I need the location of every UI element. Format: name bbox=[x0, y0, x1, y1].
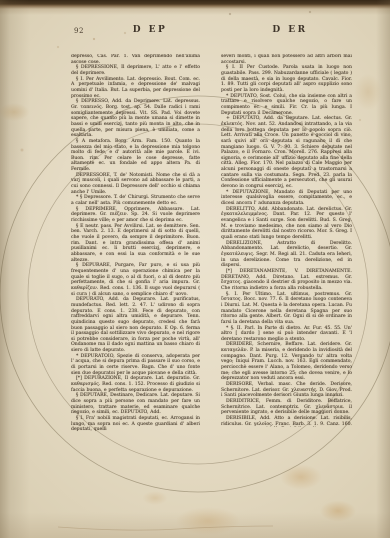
entry-paragraph: § I. Per Avvilimento. Lat. depressio. Bo… bbox=[71, 77, 200, 100]
entry-paragraph: * DEPUTATO, Sost. Colui, che sia insieme… bbox=[221, 94, 352, 117]
entry-paragraph: severi monti, i quali non potessero ad a… bbox=[221, 54, 352, 65]
entry-paragraph: DERISORE, Verbal. masc. Che deride. Deri… bbox=[221, 382, 352, 399]
entry-paragraph: [*] DEPURAZIONE, Il depurare. Lat. depur… bbox=[71, 376, 200, 393]
entry-paragraph: DERELIZIONE, Astratto di Derelitto. Abba… bbox=[221, 241, 352, 269]
entry-paragraph: * DEPUTAZIONE, Mandato di Deputati per u… bbox=[221, 190, 352, 207]
entry-paragraph: § I. Fra' nobili magistrati deputati, ec… bbox=[71, 416, 200, 433]
scanned-book-page: 92 D EP D ER depresso, Cas. Par. 1. Van … bbox=[0, 0, 390, 538]
entry-paragraph: § DEPRESSO, Add. da Deprimere. Lat. depr… bbox=[71, 99, 200, 139]
page-number: 92 bbox=[74, 27, 98, 35]
running-head-right: D ER bbox=[252, 25, 328, 35]
entry-paragraph: DERISIBILE, Add. Atto a derisione. Lat. … bbox=[221, 416, 352, 427]
entry-paragraph: §. I. Per Ultimo. Lat. ultimus, postremu… bbox=[221, 292, 352, 326]
entry-paragraph: § I. II Per Custode. Parola usata in luo… bbox=[221, 65, 352, 93]
entry-paragraph: § DEPRESSIONE, Il deprimere, L' atto e l… bbox=[71, 65, 200, 76]
entry-paragraph: depresso, Cas. Par. 1. Van deprimendo ne… bbox=[71, 54, 200, 65]
entry-paragraph: § DEPRIMERE, Opprimere, Abbassare. Lat. … bbox=[71, 207, 200, 224]
entry-paragraph: DEPRESSORE, T. de' Notomisti. Nome che s… bbox=[71, 173, 200, 196]
entry-paragraph: § DEPUTARE, Destinare, Dedicare. Lat. de… bbox=[71, 393, 200, 416]
entry-paragraph: DEPURATO, Add. da Depurare. Lat. purific… bbox=[71, 297, 200, 354]
text-column-right: severi monti, i quali non potessero ad a… bbox=[221, 54, 352, 427]
entry-paragraph: § A metafora. Borg. Arm. Fam. 150. Quant… bbox=[71, 139, 200, 173]
text-column-left: depresso, Cas. Par. 1. Van deprimendo ne… bbox=[71, 54, 200, 437]
entry-paragraph: § E neutr. pass. Per Avvilirsi. Lat. se … bbox=[71, 224, 200, 264]
entry-paragraph: DERIDITRICE, Femm. di Deriditore. Beffat… bbox=[221, 399, 352, 416]
running-head-left: D EP bbox=[112, 25, 188, 35]
entry-paragraph: [*] DERETANAMENTE, V. DIRETANAMENTE. DER… bbox=[221, 269, 352, 292]
entry-paragraph: * DEPURATOIO, Spezie di conserva, adoper… bbox=[71, 354, 200, 377]
entry-paragraph: § DEPURARE, Purgare, Far puro, e si usa … bbox=[71, 263, 200, 297]
fold-crease bbox=[58, 526, 273, 530]
entry-paragraph: * § Depressore. T. de' Chirurgi. Strumen… bbox=[71, 195, 200, 206]
entry-paragraph: + DEPUTATO, Add. da Deputare. Lat. elect… bbox=[221, 116, 352, 190]
entry-paragraph: DERELITTO, Add. Abbandonato. Lat. dereli… bbox=[221, 207, 352, 241]
entry-paragraph: DERIDERE, Schernire, Beffare. Lat. derid… bbox=[221, 342, 352, 382]
entry-paragraph: * §. II. Parl. In Parte di dietro. Ar. F… bbox=[221, 326, 352, 343]
